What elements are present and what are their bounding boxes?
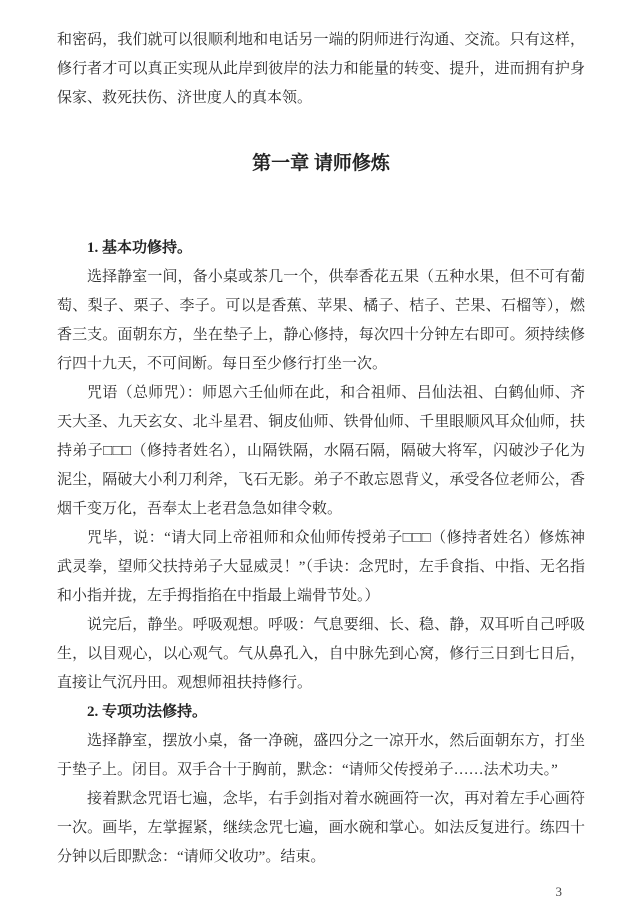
- section2-paragraph-1: 选择静室，摆放小桌，备一净碗，盛四分之一凉开水，然后面朝东方，打坐于垫子上。闭目…: [57, 727, 585, 785]
- chapter-title: 第一章 请师修炼: [57, 149, 585, 178]
- intro-paragraph: 和密码，我们就可以很顺利地和电话另一端的阴师进行沟通、交流。只有这样，修行者才可…: [57, 26, 585, 113]
- section1-paragraph-4: 说完后，静坐。呼吸观想。呼吸：气息要细、长、稳、静，双耳听自己呼吸生，以目观心，…: [57, 611, 585, 698]
- section2-heading: 2. 专项功法修持。: [57, 698, 585, 727]
- section1-paragraph-2: 咒语（总师咒）：师恩六壬仙师在此，和合祖师、吕仙法祖、白鹤仙师、齐天大圣、九天玄…: [57, 379, 585, 524]
- section2-paragraph-2: 接着默念咒语七遍，念毕，右手剑指对着水碗画符一次，再对着左手心画符一次。画毕，左…: [57, 785, 585, 872]
- page-number: 3: [556, 884, 563, 900]
- document-body: 和密码，我们就可以很顺利地和电话另一端的阴师进行沟通、交流。只有这样，修行者才可…: [57, 26, 585, 872]
- document-page: 和密码，我们就可以很顺利地和电话另一端的阴师进行沟通、交流。只有这样，修行者才可…: [0, 0, 640, 914]
- section1-paragraph-3: 咒毕，说：“请大同上帝祖师和众仙师传授弟子□□□（修持者姓名）修炼神武灵拳，望师…: [57, 524, 585, 611]
- section1-heading: 1. 基本功修持。: [57, 234, 585, 263]
- section1-paragraph-1: 选择静室一间，备小桌或茶几一个，供奉香花五果（五种水果，但不可有葡萄、梨子、栗子…: [57, 263, 585, 379]
